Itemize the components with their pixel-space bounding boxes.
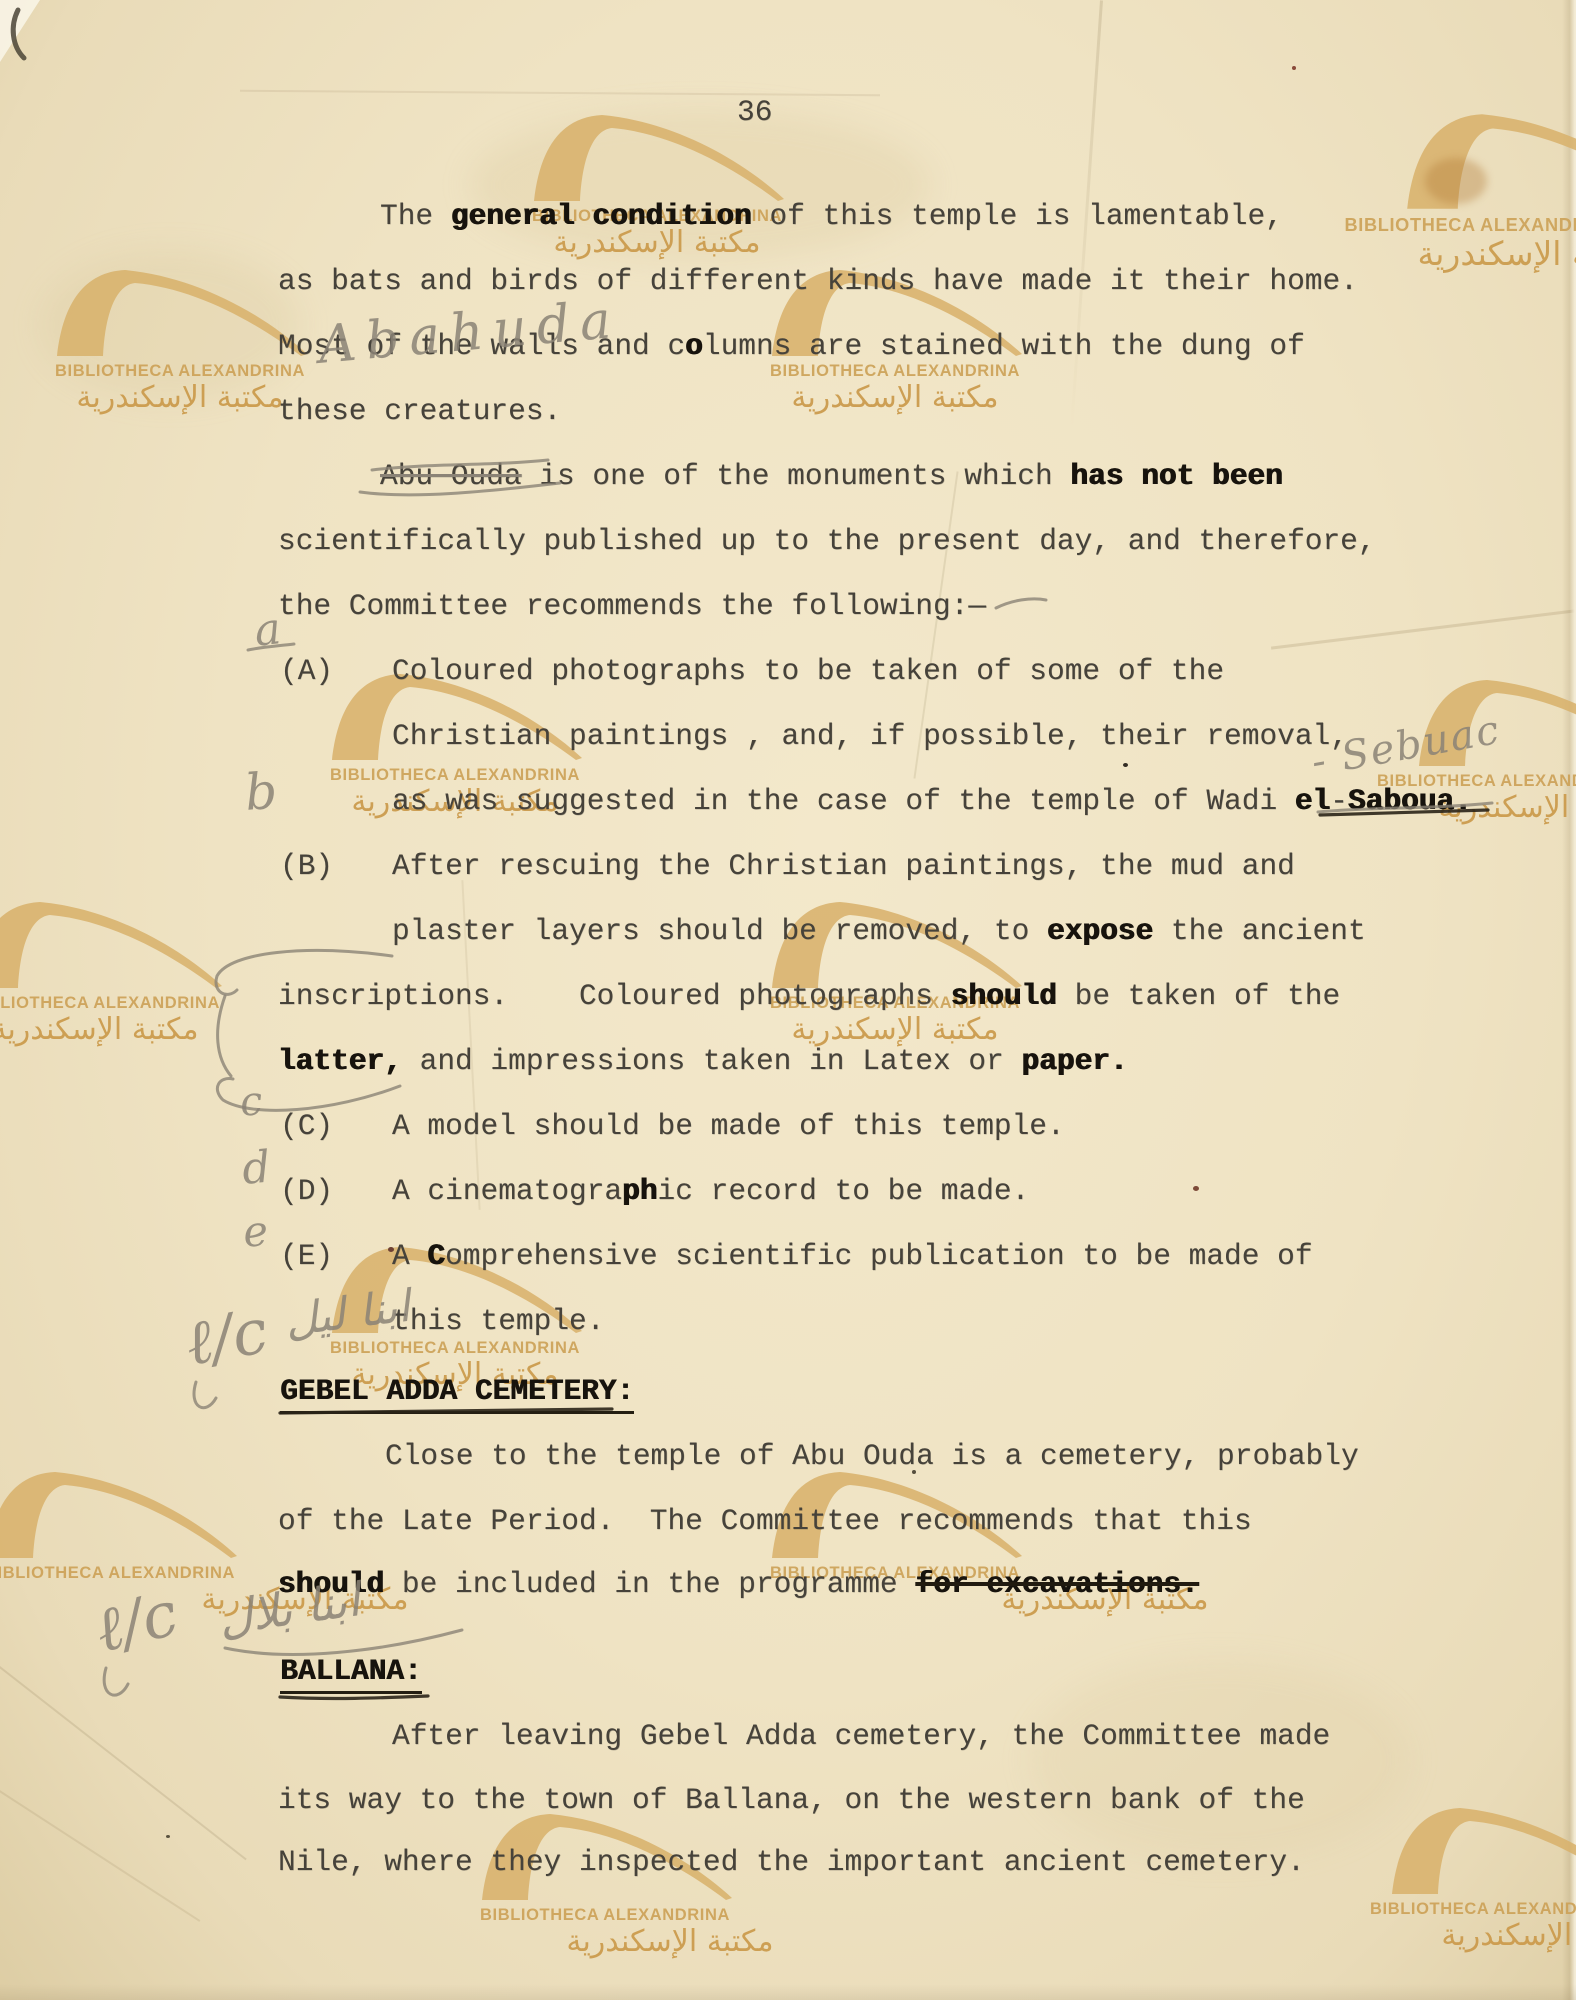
paper-speck — [1425, 158, 1487, 204]
paper-speck — [166, 1835, 170, 1838]
paper-speck — [1292, 66, 1296, 70]
speck-layer — [0, 0, 1576, 2000]
paper-speck — [1123, 763, 1128, 767]
paper-speck — [912, 1470, 916, 1474]
paper-speck — [1193, 1186, 1199, 1191]
paper-speck — [388, 1247, 394, 1252]
scanned-page: BIBLIOTHECA ALEXANDRINAمكتبة الإسكندريةB… — [0, 0, 1576, 2000]
